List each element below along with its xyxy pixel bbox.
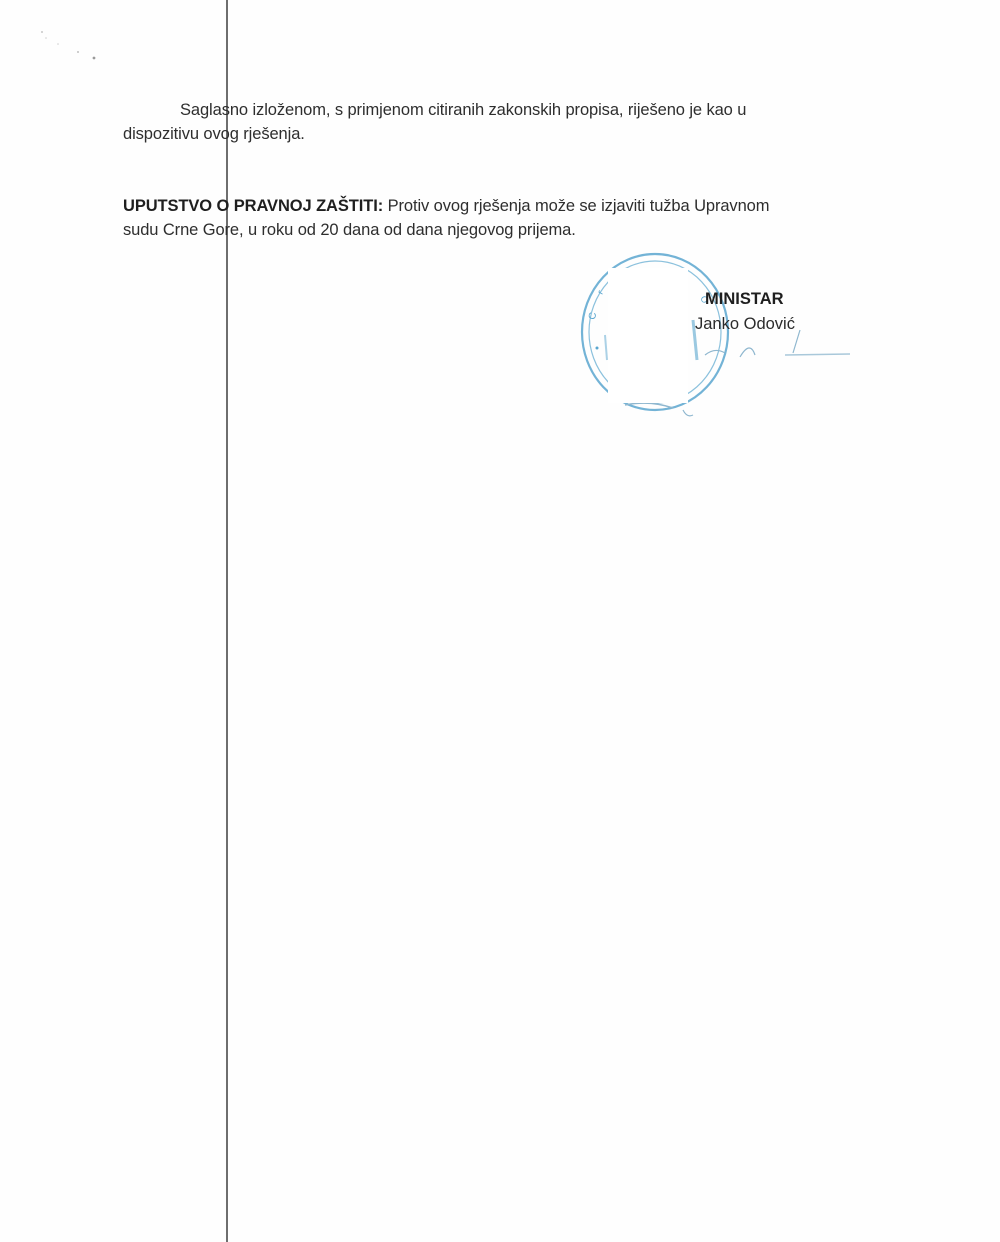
legal-remedy-paragraph: UPUTSTVO O PRAVNOJ ZAŠTITI: Protiv ovog …: [123, 194, 871, 242]
legal-remedy-line-2: sudu Crne Gore, u roku od 20 dana od dan…: [123, 221, 576, 239]
scan-margin-line: [226, 0, 228, 1242]
scan-artifact: [38, 30, 108, 70]
legal-remedy-label: UPUTSTVO O PRAVNOJ ZAŠTITI:: [123, 197, 383, 215]
signatory-title: MINISTAR: [705, 290, 784, 309]
handwritten-signature-icon: [695, 325, 855, 365]
legal-remedy-line-1: Protiv ovog rješenja može se izjaviti tu…: [383, 197, 769, 215]
redaction-box: [608, 268, 688, 403]
conclusion-line-2: dispozitivu ovog rješenja.: [123, 125, 305, 143]
document-page: Saglasno izloženom, s primjenom citirani…: [0, 0, 1000, 1242]
svg-text:r: r: [595, 288, 605, 296]
svg-text:C: C: [587, 311, 599, 320]
signature-block: C r O MINISTAR Janko Odović: [575, 250, 875, 430]
conclusion-paragraph: Saglasno izloženom, s primjenom citirani…: [123, 98, 871, 146]
conclusion-line-1: Saglasno izloženom, s primjenom citirani…: [180, 101, 746, 119]
